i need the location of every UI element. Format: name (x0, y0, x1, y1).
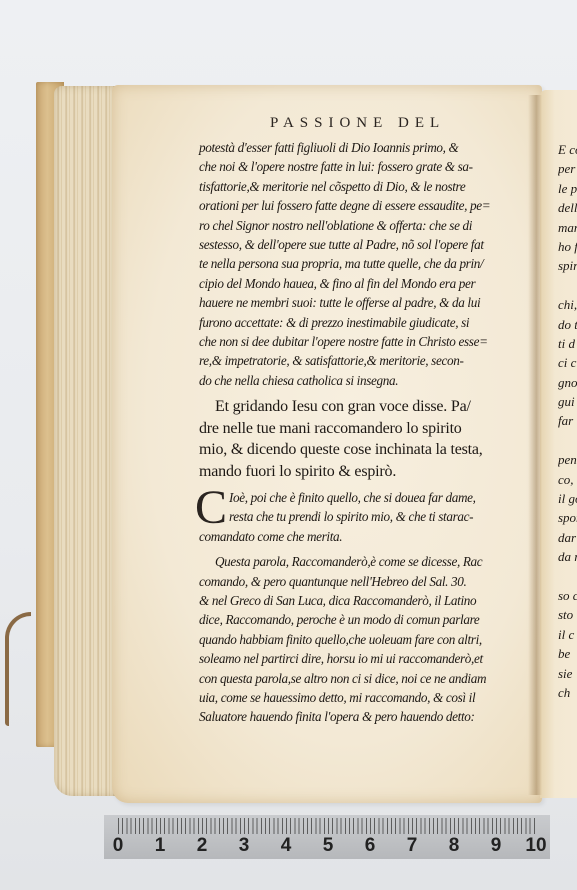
text-line: cipio del Mondo hauea, & fino al fin del… (199, 274, 517, 293)
commentary-line: comandato come che merita. (199, 527, 517, 546)
measurement-ruler: 0 1 2 3 4 5 6 7 8 9 10 (104, 813, 550, 859)
paragraph-line: dice, Raccomando, peroche è un modo di c… (199, 610, 517, 629)
ruler-label: 8 (449, 835, 460, 857)
ruler-label: 5 (323, 835, 334, 857)
text-line: hauere ne membri suoi: tutte le offerse … (199, 293, 517, 312)
fragment-line: do t (558, 315, 577, 334)
ruler-ticks (118, 818, 538, 834)
fragment-line: ti d (558, 334, 577, 353)
paragraph-line: Saluatore hauendo finita l'opera & pero … (199, 707, 517, 726)
commentary-line: resta che tu prendi lo spirito mio, & ch… (199, 507, 517, 526)
paragraph-line: Questa parola, Raccomanderò,è come se di… (199, 552, 517, 571)
ruler-label: 3 (239, 835, 250, 857)
paragraph-line: comando, & pero quantunque nell'Hebreo d… (199, 572, 517, 591)
fragment-line: co, (558, 470, 577, 489)
text-line: sestesso, & dell'opere sue tutte al Padr… (199, 235, 517, 254)
ruler-label: 10 (525, 835, 546, 857)
fragment-line: so c (558, 586, 577, 605)
fragment-line: il go (558, 489, 577, 508)
text-line: potestà d'esser fatti figliuoli di Dio I… (199, 138, 517, 157)
fragment-line: il c (558, 625, 577, 644)
paragraph-line: soleamo nel partirci dire, horsu io mi u… (199, 649, 517, 668)
ruler-label: 7 (407, 835, 418, 857)
fragment-line: E co (558, 140, 577, 159)
ruler-label: 2 (197, 835, 208, 857)
text-line: orationi per lui fossero fatte degne di … (199, 196, 517, 215)
right-page-text-fragment: E co per le p dell man ho f spir chi, do… (558, 140, 577, 702)
fragment-line: dar (558, 528, 577, 547)
ruler-label: 6 (365, 835, 376, 857)
paragraph-line: con questa parola,se altro non ci si dic… (199, 669, 517, 688)
fragment-line: gui (558, 392, 577, 411)
fragment-line: pen (558, 450, 577, 469)
leather-tie (5, 612, 31, 726)
text-line: furono accettate: & di prezzo inestimabi… (199, 313, 517, 332)
ruler-label: 0 (113, 835, 124, 857)
fragment-line: man (558, 218, 577, 237)
fragment-line: le p (558, 179, 577, 198)
fragment-line: ci c (558, 353, 577, 372)
fragment-line: be (558, 644, 577, 663)
fragment-line: sto (558, 605, 577, 624)
text-line: do che nella chiesa catholica si insegna… (199, 371, 517, 390)
ruler-label: 4 (281, 835, 292, 857)
text-line: re,& impetratorie, & satisfattorie,& mer… (199, 351, 517, 370)
fragment-line: da r (558, 547, 577, 566)
fragment-line: sie (558, 664, 577, 683)
gutter-shadow (528, 95, 542, 795)
paragraph-line: uia, come se hauessimo detto, mi raccoma… (199, 688, 517, 707)
paragraph-line: quando habbiam finito quello,che uoleuam… (199, 630, 517, 649)
text-line: ro chel Signor nostro nell'oblatione & o… (199, 216, 517, 235)
commentary-line: Ioè, poi che è finito quello, che si dou… (199, 488, 517, 507)
fragment-line: chi, (558, 295, 577, 314)
text-line: te nella persona sua propria, ma tutte q… (199, 254, 517, 273)
page-edges (54, 86, 116, 796)
text-line: tisfattorie,& meritorie nel cõspetto di … (199, 177, 517, 196)
scripture-line: mio, & dicendo queste cose inchinata la … (199, 439, 517, 461)
scripture-line: Et gridando Iesu con gran voce disse. Pa… (199, 396, 517, 418)
drop-cap: C (195, 486, 227, 530)
scripture-line: dre nelle tue mani raccomandero lo spiri… (199, 418, 517, 440)
ruler-label: 1 (155, 835, 166, 857)
fragment-line: dell (558, 198, 577, 217)
fragment-line: ch (558, 683, 577, 702)
scripture-line: mando fuori lo spirito & espirò. (199, 461, 517, 483)
fragment-line: per (558, 159, 577, 178)
fragment-line: gno (558, 373, 577, 392)
text-line: che noi & l'opere nostre fatte in lui: f… (199, 157, 517, 176)
open-book: PASSIONE DEL potestà d'esser fatti figli… (0, 0, 577, 890)
fragment-line: ho f (558, 237, 577, 256)
fragment-line: spor (558, 508, 577, 527)
running-head: PASSIONE DEL (270, 115, 470, 132)
left-page-text: potestà d'esser fatti figliuoli di Dio I… (199, 138, 517, 727)
ruler-label: 9 (491, 835, 502, 857)
fragment-line: far (558, 411, 577, 430)
fragment-line: spir (558, 256, 577, 275)
text-line: che non si dee dubitar l'opere nostre fa… (199, 332, 517, 351)
paragraph-line: & nel Greco di San Luca, dica Raccomande… (199, 591, 517, 610)
